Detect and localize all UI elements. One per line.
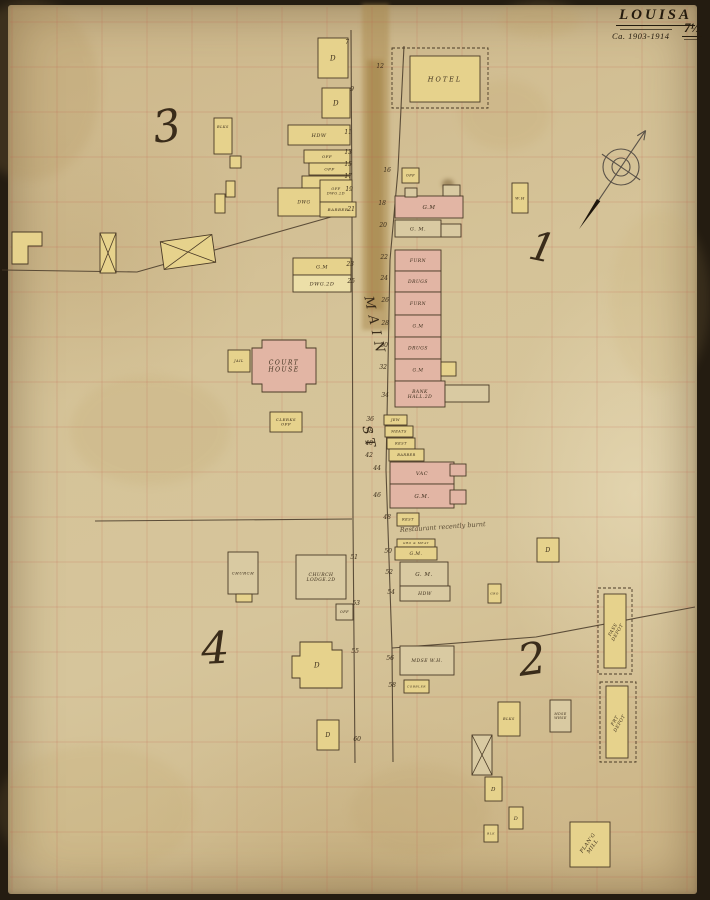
building-label: G.M. [410, 551, 423, 557]
building-gm-52: G. M. [400, 562, 448, 586]
street-number: 51 [350, 554, 358, 561]
street-number: 12 [376, 63, 384, 70]
street-name-st: ST [358, 424, 378, 452]
building-dwg-s1: D [485, 777, 502, 801]
map-canvas: DDHDWOFFOFFOFFDWGOFFDWG.2DBARBERG.MDWG.2… [0, 0, 710, 900]
building-meats-38: MEATS [385, 426, 413, 437]
street-number: 50 [384, 548, 392, 555]
street-number: 55 [351, 648, 359, 655]
building-label: JEW [390, 418, 400, 422]
paper-stain [70, 375, 230, 485]
building-dwg-s2: D [509, 807, 523, 829]
building-xbldg-3 [472, 735, 492, 775]
building-gm-46: G.M. [390, 484, 454, 508]
building-label: W.H [515, 195, 525, 200]
compass-north-arrow [579, 131, 646, 230]
building-label: REST [401, 518, 414, 522]
building-jew-36: JEW [384, 415, 407, 425]
building-label: GRO & MEAT [403, 541, 429, 545]
building-label: DRUGS [407, 279, 428, 285]
building-label: COURTHOUSE [267, 359, 299, 373]
building-label: MEATS [390, 430, 407, 434]
street-number: 54 [387, 589, 395, 596]
building-rest-40: REST [387, 438, 415, 449]
building-gm-23: G.M [293, 258, 351, 275]
building-barber-42: BARBER [389, 449, 424, 461]
building-label: JAIL [233, 359, 244, 363]
building-gro-small: GRO [488, 584, 501, 603]
building-vac-44a [450, 464, 466, 476]
building-vac-44: VAC [390, 462, 454, 484]
building-label: FURN [409, 258, 427, 264]
building-blk-south: BLK [484, 825, 498, 842]
building-label: G. M. [410, 226, 426, 232]
street-number: 21 [346, 206, 355, 213]
street-number: 44 [372, 465, 381, 472]
paper-stain [350, 765, 490, 855]
building-dwelling-far-left [12, 232, 42, 264]
building-label: FURN [409, 301, 427, 307]
building-label: D [332, 99, 339, 107]
paper-stain [367, 60, 383, 310]
street-number: 18 [378, 200, 386, 207]
building-drugs-24: DRUGS [395, 271, 441, 292]
building-off-53: OFF [336, 604, 353, 620]
street-number: 24 [379, 275, 388, 282]
district-number-2: 2 [513, 632, 549, 687]
building-label: G.M [413, 324, 424, 330]
sheet-underline [684, 39, 698, 40]
street-number: 26 [380, 297, 389, 304]
building-gm-32a [441, 362, 456, 376]
building-dwg-25: DWG.2D [293, 275, 351, 292]
building-label: HDW [310, 133, 326, 139]
building-hdw-54: HDW [400, 586, 450, 601]
building-label: D [544, 547, 550, 554]
building-off-16: OFF [402, 168, 419, 183]
building-label: BLKS [502, 717, 515, 721]
street-number: 19 [345, 186, 353, 193]
building-drugs-30: DRUGS [395, 337, 441, 359]
building-label: OFF [340, 610, 349, 614]
street-number: 17 [344, 173, 352, 180]
building-dwg-55: D [292, 642, 342, 688]
building-wh: W.H [512, 183, 528, 213]
building-label: MDSE W.H. [410, 658, 442, 664]
building-label: D [490, 787, 496, 793]
building-label: CHURCH [232, 570, 254, 575]
building-label: REST [394, 442, 407, 446]
district-number-4: 4 [199, 623, 231, 675]
building-hdw-11: HDW [288, 125, 350, 145]
building-furn-26: FURN [395, 292, 441, 315]
road-cross-road-south [392, 607, 695, 648]
building-blks-south: BLKS [498, 702, 520, 736]
street-number: 60 [353, 736, 361, 743]
street-number: 58 [388, 682, 396, 689]
building-label: D [513, 816, 519, 822]
building-shed-2 [226, 181, 235, 197]
building-label: OFF [322, 154, 332, 159]
building-label: GRO [490, 592, 499, 596]
building-gm-20a [441, 224, 461, 237]
street-number: 53 [352, 600, 360, 607]
building-label: G.M [422, 205, 435, 211]
street-number: 11 [344, 129, 352, 136]
district-number-1: 1 [525, 223, 559, 273]
building-dwg-7: D [318, 38, 348, 78]
building-hotel: HOTEL [410, 56, 480, 102]
building-label: G.M [413, 368, 424, 374]
paper-stain [0, 745, 195, 875]
building-gm-28: G.M [395, 315, 441, 337]
building-gm-20: G. M. [395, 220, 441, 237]
street-number: 22 [379, 254, 388, 261]
building-dwg-east: D [537, 538, 559, 562]
paper-stain [500, 2, 580, 38]
building-pass-depot: PASSDEPOT [604, 594, 626, 668]
building-label: COBBLER [407, 685, 426, 689]
building-gm-50: G.M. [395, 547, 437, 560]
street-number: 7 [345, 39, 349, 46]
street-number: 16 [383, 167, 391, 174]
building-label: DWG.2D [309, 281, 335, 287]
paper-stain [0, 0, 100, 180]
building-church: CHURCH [228, 552, 258, 594]
road-cross-road-court [95, 519, 352, 521]
building-label: BLKS [216, 125, 229, 129]
building-mdse-56: MDSE W.H. [400, 646, 454, 675]
building-gm-18: G.M [395, 196, 463, 218]
building-label: G.M [316, 264, 328, 270]
street-number: 15 [344, 161, 352, 168]
building-label: G. M. [415, 572, 433, 578]
building-jail: JAIL [228, 350, 250, 372]
building-bank-34: BANKHALL.2D [395, 381, 445, 407]
building-label: BARBER [396, 453, 416, 457]
building-clerks-off: CLERKSOFF [270, 412, 302, 432]
building-cobbler-58: COBBLER [404, 680, 429, 693]
street-number: 32 [379, 364, 387, 371]
building-blks-north: BLKS [214, 118, 232, 154]
building-court-house: COURTHOUSE [252, 340, 316, 392]
building-xbldg-1 [100, 233, 116, 273]
building-dwg-9: D [322, 88, 350, 118]
building-shed-3 [215, 194, 225, 213]
paper-stain [610, 210, 710, 390]
street-number: 23 [345, 261, 354, 268]
street-number: 42 [364, 452, 373, 459]
building-label: DRUGS [407, 346, 428, 352]
building-label: HDW [417, 591, 432, 597]
street-number: 25 [346, 278, 355, 285]
building-label: D [329, 54, 336, 62]
building-label: G.M. [414, 494, 429, 500]
building-church-step [236, 594, 252, 602]
building-label: OFF [406, 174, 415, 178]
building-frt-depot: FRTDEPOT [606, 686, 628, 758]
building-label: VAC [416, 471, 428, 477]
street-number: 13 [344, 149, 352, 156]
building-dwg-60: D [317, 720, 339, 750]
building-label: HOTEL [427, 75, 462, 83]
building-gm-18a [405, 188, 417, 197]
street-number: 46 [372, 492, 381, 499]
building-gm-46a [450, 490, 466, 504]
sheet-number: 7½ [682, 20, 702, 37]
map-date: Ca. 1903-1914 [612, 31, 670, 41]
map-photo: DDHDWOFFOFFOFFDWGOFFDWG.2DBARBERG.MDWG.2… [0, 0, 710, 900]
building-off-13: OFF [304, 150, 350, 163]
building-gro-meat-sign: GRO & MEAT [397, 539, 435, 547]
street-number: 36 [366, 416, 374, 423]
street-number: 52 [385, 569, 393, 576]
building-mdse-whse: MDSEWHSE [550, 700, 571, 732]
building-label: DWG [296, 200, 310, 206]
building-gm-32: G.M [395, 359, 441, 381]
building-furn-22: FURN [395, 250, 441, 271]
building-planing-mill: PLAN'GMILL [570, 822, 610, 867]
building-label: CHURCHLODGE.2D [305, 572, 335, 583]
building-xbldg-2 [160, 235, 215, 270]
building-label: OFF [324, 166, 334, 171]
building-shed-1 [230, 156, 241, 168]
building-label: D [324, 732, 330, 739]
title-underline [620, 29, 672, 30]
building-label: BARBER [327, 207, 349, 212]
building-label: D [313, 661, 320, 669]
street-number: 48 [382, 514, 391, 521]
building-church-lodge: CHURCHLODGE.2D [296, 555, 346, 599]
building-gm-18b [443, 185, 460, 196]
street-number: 20 [378, 222, 387, 229]
street-number: 34 [381, 392, 389, 399]
street-number: 9 [350, 86, 354, 93]
building-label: BLK [486, 832, 495, 836]
street-number: 56 [386, 655, 394, 662]
building-label: MDSEWHSE [553, 712, 567, 720]
building-bank-34a [445, 385, 489, 402]
district-number-3: 3 [149, 99, 184, 153]
